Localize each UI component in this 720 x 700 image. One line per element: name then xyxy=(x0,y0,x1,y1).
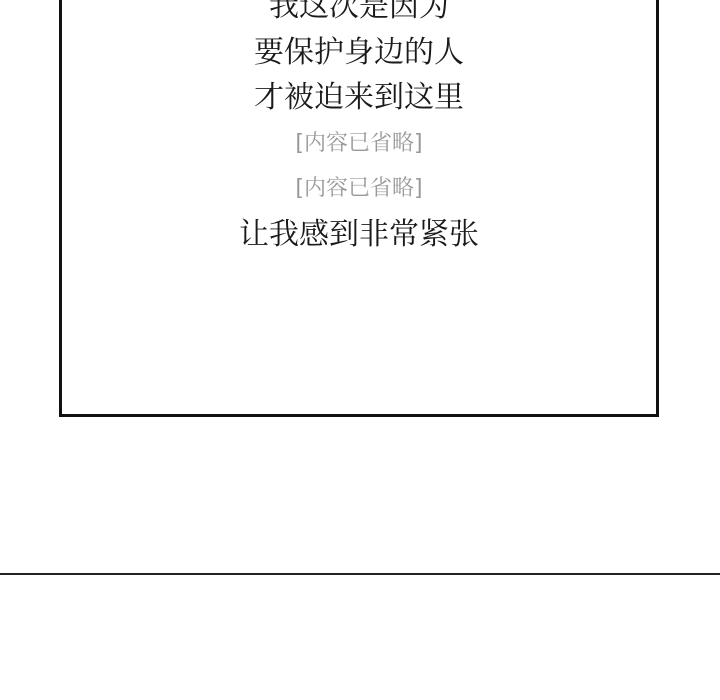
caption-text: 我这次是因为 要保护身边的人 才被迫来到这里 [内容已省略] [内容已省略] 让… xyxy=(62,0,656,257)
caption-line-omitted: [内容已省略] xyxy=(62,166,656,212)
comic-panel: 我这次是因为 要保护身边的人 才被迫来到这里 [内容已省略] [内容已省略] 让… xyxy=(59,0,659,417)
caption-line: 才被迫来到这里 xyxy=(62,75,656,121)
caption-line: 我这次是因为 xyxy=(62,0,656,30)
caption-line: 让我感到非常紧张 xyxy=(62,212,656,258)
panel-divider xyxy=(0,573,720,575)
caption-line: 要保护身边的人 xyxy=(62,30,656,76)
caption-line-omitted: [内容已省略] xyxy=(62,121,656,167)
